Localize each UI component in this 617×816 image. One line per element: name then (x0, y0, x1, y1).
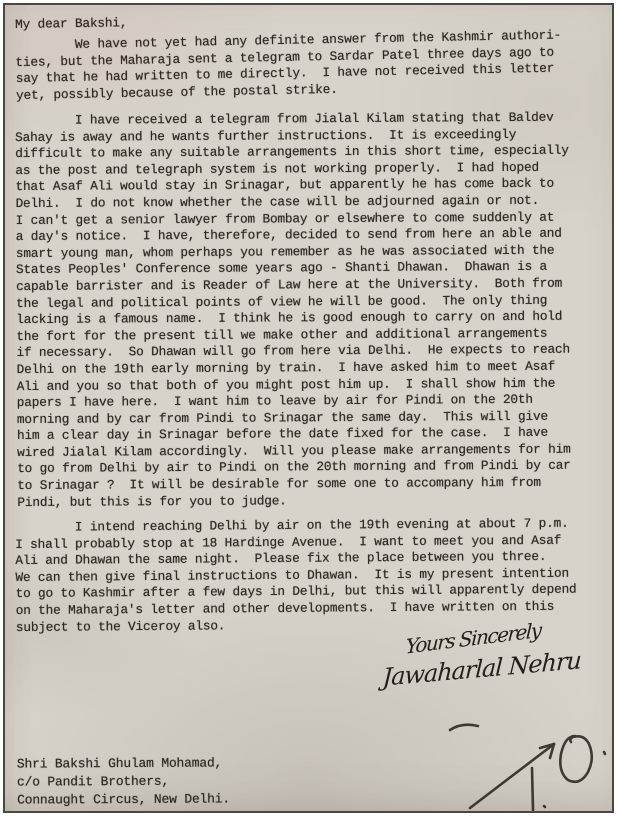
paragraph-2: I have received a telegram from Jialal K… (15, 109, 608, 511)
scanned-letter-page: My dear Bakshi, We have not yet had any … (0, 0, 617, 816)
letter-body: My dear Bakshi, We have not yet had any … (15, 17, 606, 636)
turn-over-mark-icon (432, 706, 612, 811)
recipient-address: Shri Bakshi Ghulam Mohamad, c/o Pandit B… (17, 754, 230, 809)
letter-paper: My dear Bakshi, We have not yet had any … (3, 3, 614, 813)
paragraph-1: We have not yet had any definite answer … (15, 26, 607, 104)
paragraph-3: I intend reaching Delhi by air on the 19… (15, 516, 607, 637)
